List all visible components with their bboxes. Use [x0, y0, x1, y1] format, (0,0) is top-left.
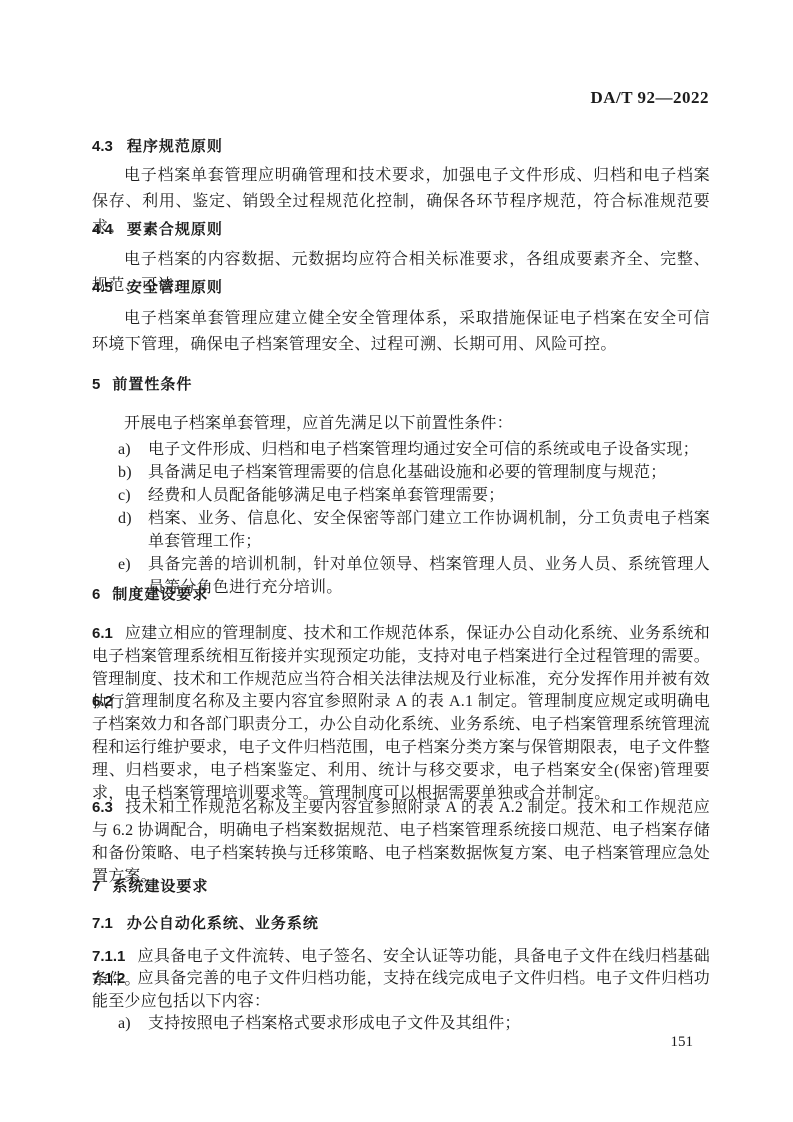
- paragraph-5-intro: 开展电子档案单套管理，应首先满足以下前置性条件：: [92, 412, 710, 436]
- list-item: b) 具备满足电子档案管理需要的信息化基础设施和必要的管理制度与规范；: [92, 461, 710, 484]
- list-item-text: 电子文件形成、归档和电子档案管理均通过安全可信的系统或电子设备实现；: [148, 438, 710, 461]
- list-marker: b): [118, 461, 148, 484]
- page-number: 151: [671, 1034, 694, 1051]
- heading-number: 4.3: [92, 137, 113, 157]
- list-section-5: a) 电子文件形成、归档和电子档案管理均通过安全可信的系统或电子设备实现； b)…: [92, 438, 710, 599]
- list-item: a) 支持按照电子档案格式要求形成电子文件及其组件；: [92, 1012, 710, 1035]
- document-page: DA/T 92—2022 4.3 程序规范原则 电子档案单套管理应明确管理和技术…: [0, 0, 793, 1122]
- heading-title: 系统建设要求: [112, 877, 208, 897]
- list-marker: d): [118, 507, 148, 553]
- heading-number: 6: [92, 585, 100, 605]
- list-item-text: 经费和人员配备能够满足电子档案单套管理需要；: [148, 484, 710, 507]
- clause-7-1-2: 7.1.2应具备完善的电子文件归档功能，支持在线完成电子文件归档。电子文件归档功…: [92, 967, 710, 1013]
- heading-title: 要素合规原则: [127, 220, 223, 240]
- heading-number: 4.4: [92, 220, 113, 240]
- clause-text: 应具备完善的电子文件归档功能，支持在线完成电子文件归档。电子文件归档功能至少应包…: [92, 970, 710, 1010]
- clause-number: 6.1: [92, 625, 113, 642]
- heading-title: 前置性条件: [112, 375, 192, 395]
- clause-number: 6.2: [92, 693, 113, 710]
- heading-number: 4.5: [92, 278, 113, 298]
- heading-title: 安全管理原则: [127, 278, 223, 298]
- clause-text: 管理制度名称及主要内容宜参照附录 A 的表 A.1 制定。管理制度应规定或明确电…: [92, 693, 710, 802]
- heading-title: 办公自动化系统、业务系统: [127, 914, 319, 934]
- list-item: c) 经费和人员配备能够满足电子档案单套管理需要；: [92, 484, 710, 507]
- list-marker: a): [118, 1012, 148, 1035]
- heading-5: 5 前置性条件: [92, 375, 710, 395]
- clause-number: 6.3: [92, 799, 113, 816]
- clause-6-2: 6.2管理制度名称及主要内容宜参照附录 A 的表 A.1 制定。管理制度应规定或…: [92, 690, 710, 805]
- clause-number: 7.1.1: [92, 948, 125, 965]
- clause-6-3: 6.3技术和工作规范名称及主要内容宜参照附录 A 的表 A.2 制定。技术和工作…: [92, 796, 710, 888]
- clause-number: 7.1.2: [92, 970, 125, 987]
- list-marker: a): [118, 438, 148, 461]
- heading-4-3: 4.3 程序规范原则: [92, 137, 710, 157]
- doc-code: DA/T 92—2022: [590, 88, 709, 108]
- heading-6: 6 制度建设要求: [92, 585, 710, 605]
- paragraph-4-5: 电子档案单套管理应建立健全安全管理体系，采取措施保证电子档案在安全可信环境下管理…: [92, 306, 710, 358]
- clause-text: 技术和工作规范名称及主要内容宜参照附录 A 的表 A.2 制定。技术和工作规范应…: [92, 799, 710, 885]
- list-item: d) 档案、业务、信息化、安全保密等部门建立工作协调机制，分工负责电子档案单套管…: [92, 507, 710, 553]
- heading-title: 制度建设要求: [112, 585, 208, 605]
- heading-title: 程序规范原则: [127, 137, 223, 157]
- heading-number: 5: [92, 375, 100, 395]
- heading-4-5: 4.5 安全管理原则: [92, 278, 710, 298]
- heading-7-1: 7.1 办公自动化系统、业务系统: [92, 914, 710, 934]
- list-marker: c): [118, 484, 148, 507]
- list-section-7: a) 支持按照电子档案格式要求形成电子文件及其组件；: [92, 1012, 710, 1035]
- heading-4-4: 4.4 要素合规原则: [92, 220, 710, 240]
- list-item-text: 支持按照电子档案格式要求形成电子文件及其组件；: [148, 1012, 710, 1035]
- list-item: a) 电子文件形成、归档和电子档案管理均通过安全可信的系统或电子设备实现；: [92, 438, 710, 461]
- heading-number: 7: [92, 877, 100, 897]
- heading-7: 7 系统建设要求: [92, 877, 710, 897]
- list-item-text: 具备满足电子档案管理需要的信息化基础设施和必要的管理制度与规范；: [148, 461, 710, 484]
- heading-number: 7.1: [92, 914, 113, 934]
- list-item-text: 档案、业务、信息化、安全保密等部门建立工作协调机制，分工负责电子档案单套管理工作…: [148, 507, 710, 553]
